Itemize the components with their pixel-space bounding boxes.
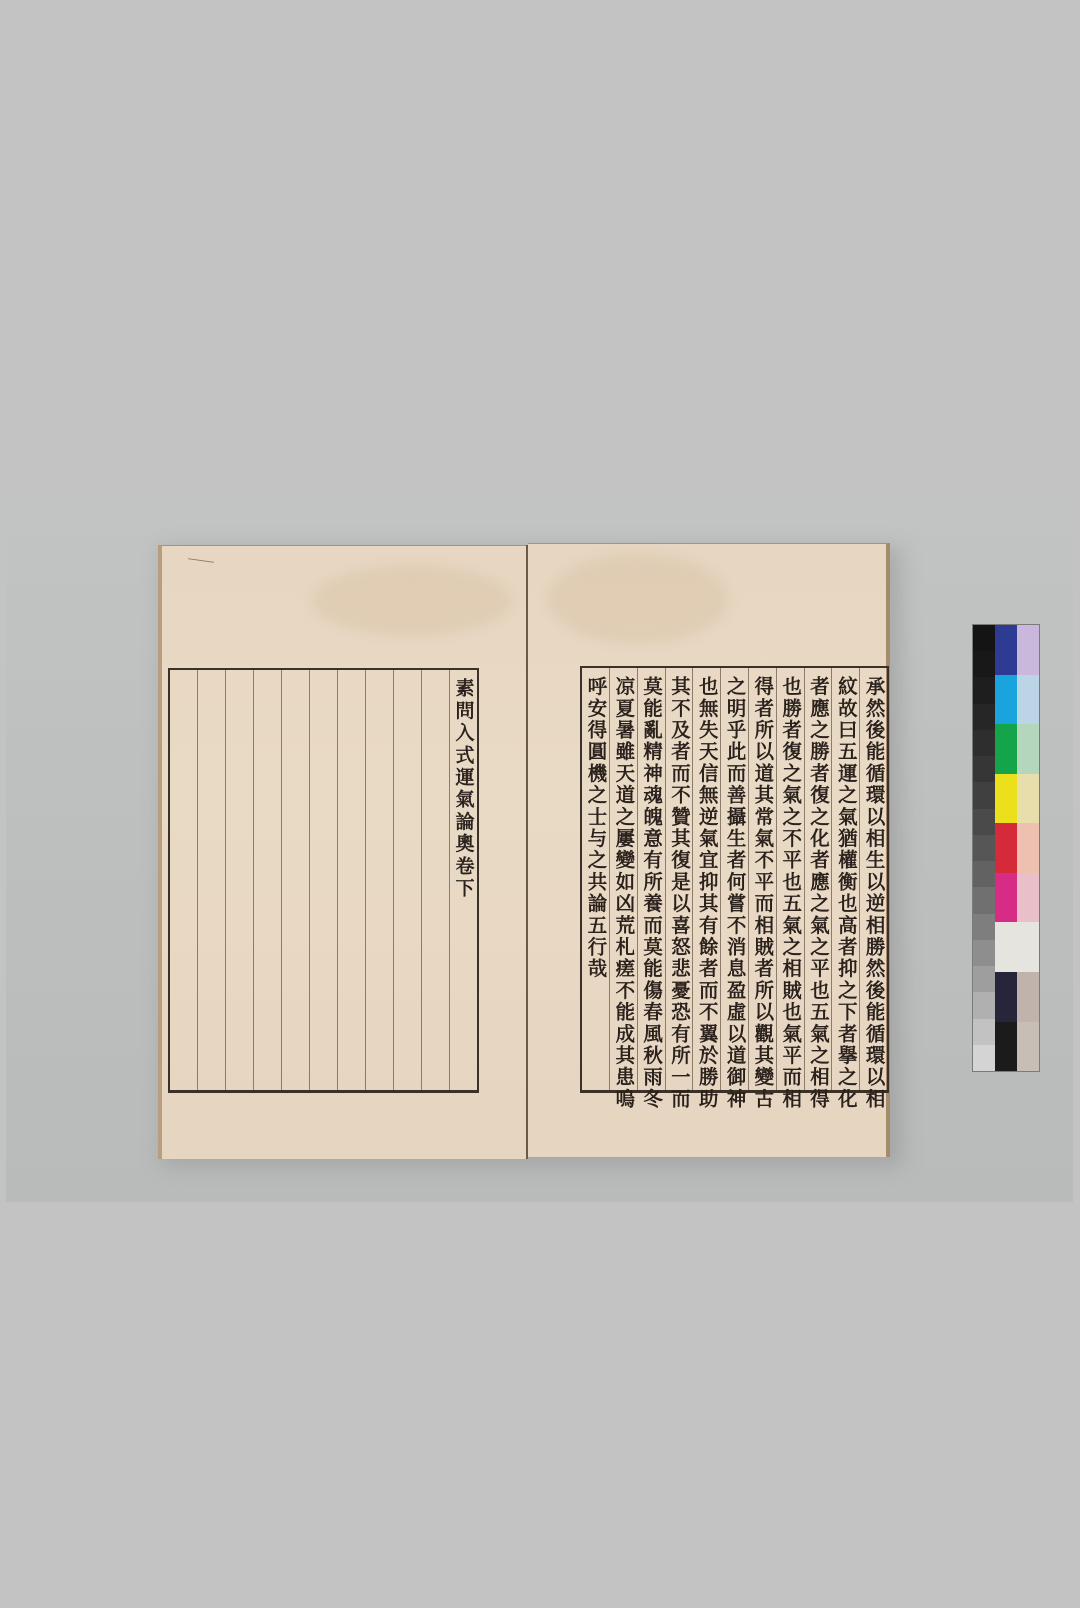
empty-column [170, 670, 197, 1090]
column-text: 者應之勝者復之化者應之氣之平也五氣之相得 [805, 676, 831, 1090]
color-patch [995, 724, 1017, 774]
water-stain [312, 566, 512, 636]
tint-patch [1017, 972, 1039, 1022]
gray-patch [973, 730, 995, 756]
text-column: 凉夏暑雖天道之屢變如凶荒札瘥不能成其患嗚 [609, 668, 637, 1090]
tint-patch [1017, 625, 1039, 675]
gray-patch [973, 914, 995, 940]
gray-patch [973, 809, 995, 835]
gray-patch [973, 677, 995, 703]
color-patch [995, 972, 1017, 1022]
column-text: 也勝者復之氣之不平也五氣之相賊也氣平而相 [777, 676, 803, 1090]
gray-scale-strip [973, 625, 995, 1071]
column-text: 紋故曰五運之氣猶權衡也高者抑之下者擧之化 [833, 676, 859, 1090]
text-column: 其不及者而不贊其復是以喜怒悲憂恐有所一而 [665, 668, 693, 1090]
gray-patch [973, 651, 995, 677]
saturated-color-strip [995, 625, 1017, 1071]
ink-mark [188, 558, 214, 563]
column-text: 也無失天信無逆氣宜抑其有餘者而不翼於勝助 [694, 676, 720, 1090]
column-text: 其不及者而不贊其復是以喜怒悲憂恐有所一而 [666, 676, 692, 1090]
empty-column [309, 670, 337, 1090]
tint-color-strip [1017, 625, 1039, 1071]
gray-patch [973, 1019, 995, 1045]
book-gutter [526, 545, 528, 1159]
empty-column [197, 670, 225, 1090]
text-column: 也無失天信無逆氣宜抑其有餘者而不翼於勝助 [692, 668, 720, 1090]
empty-column [225, 670, 253, 1090]
text-column: 紋故曰五運之氣猶權衡也高者抑之下者擧之化 [831, 668, 859, 1090]
tint-patch [1017, 873, 1039, 923]
text-column: 呼安得圓機之士与之共論五行哉 [582, 668, 609, 1090]
tint-patch [1017, 724, 1039, 774]
empty-column [421, 670, 449, 1090]
empty-column [281, 670, 309, 1090]
gray-patch [973, 861, 995, 887]
color-patch [995, 675, 1017, 725]
gray-patch [973, 940, 995, 966]
empty-column [365, 670, 393, 1090]
tint-patch [1017, 1022, 1039, 1072]
tint-patch [1017, 922, 1039, 972]
gray-patch [973, 782, 995, 808]
gray-patch [973, 966, 995, 992]
gray-patch [973, 625, 995, 651]
tint-patch [1017, 774, 1039, 824]
left-page-frame: 素問入式運氣論奧卷下 [168, 668, 479, 1093]
tint-patch [1017, 823, 1039, 873]
color-checker [972, 624, 1040, 1072]
color-patch [995, 625, 1017, 675]
text-column: 莫能亂精神魂魄意有所養而莫能傷春風秋雨冬 [637, 668, 665, 1090]
gray-patch [973, 704, 995, 730]
empty-column [253, 670, 281, 1090]
color-patch [995, 922, 1017, 972]
text-column: 承然後能循環以相生以逆相勝然後能循環以相 [859, 668, 887, 1090]
text-column: 也勝者復之氣之不平也五氣之相賊也氣平而相 [776, 668, 804, 1090]
column-text: 呼安得圓機之士与之共論五行哉 [582, 676, 608, 1090]
gray-patch [973, 835, 995, 861]
column-text: 得者所以道其常氣不平而相賊者所以觀其變古 [749, 676, 775, 1090]
text-column: 者應之勝者復之化者應之氣之平也五氣之相得 [804, 668, 832, 1090]
title-text: 素問入式運氣論奧卷下 [451, 678, 477, 1090]
water-stain [548, 554, 728, 644]
column-text: 凉夏暑雖天道之屢變如凶荒札瘥不能成其患嗚 [610, 676, 636, 1090]
title-column: 素問入式運氣論奧卷下 [449, 670, 477, 1090]
text-column: 得者所以道其常氣不平而相賊者所以觀其變古 [748, 668, 776, 1090]
empty-column [393, 670, 421, 1090]
color-patch [995, 873, 1017, 923]
gray-patch [973, 887, 995, 913]
right-page-frame: 承然後能循環以相生以逆相勝然後能循環以相 紋故曰五運之氣猶權衡也高者抑之下者擧之… [580, 666, 889, 1093]
gray-patch [973, 992, 995, 1018]
tint-patch [1017, 675, 1039, 725]
empty-column [337, 670, 365, 1090]
column-text: 之明乎此而善攝生者何嘗不消息盈虛以道御神 [722, 676, 748, 1090]
gray-patch [973, 756, 995, 782]
column-text: 承然後能循環以相生以逆相勝然後能循環以相 [861, 676, 887, 1090]
color-patch [995, 1022, 1017, 1072]
text-column: 之明乎此而善攝生者何嘗不消息盈虛以道御神 [720, 668, 748, 1090]
gray-patch [973, 1045, 995, 1071]
column-text: 莫能亂精神魂魄意有所養而莫能傷春風秋雨冬 [638, 676, 664, 1090]
color-patch [995, 774, 1017, 824]
color-patch [995, 823, 1017, 873]
